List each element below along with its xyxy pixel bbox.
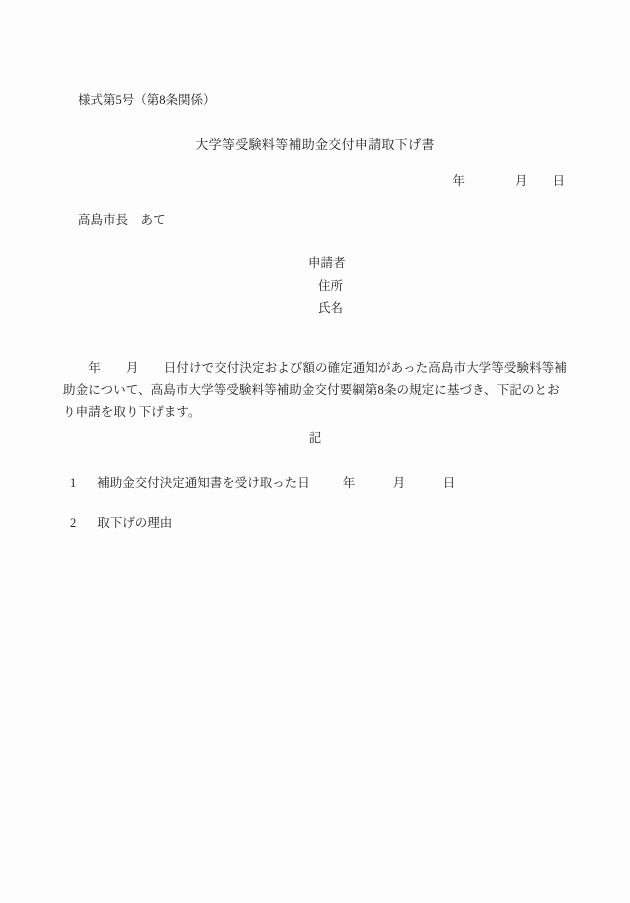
applicant-label: 申請者 [308, 256, 346, 271]
body-line: り申請を取り下げます。 [63, 401, 573, 423]
issue-date-line: 年 月 日 [452, 174, 565, 189]
body-line: 助金について、高島市大学等受験料等補助金交付要綱第8条の規定に基づき、下記のとお [63, 379, 573, 401]
item-label: 補助金交付決定通知書を受け取った日 [97, 476, 310, 490]
item-date-fields: 年 月 日 [343, 476, 456, 490]
body-line: 年 月 日付けで交付決定および額の確定通知があった高島市大学等受験料等補 [63, 357, 573, 379]
item-row: 2取下げの理由 [63, 516, 172, 531]
item-number: 1 [70, 476, 76, 490]
item-row: 1補助金交付決定通知書を受け取った日年 月 日 [63, 476, 455, 491]
item-label: 取下げの理由 [97, 516, 172, 530]
item-number: 2 [70, 516, 76, 530]
form-number: 様式第5号（第8条関係） [78, 93, 216, 108]
body-paragraph: 年 月 日付けで交付決定および額の確定通知があった高島市大学等受験料等補 助金に… [63, 357, 573, 423]
document-title: 大学等受験料等補助金交付申請取下げ書 [0, 137, 630, 152]
section-marker: 記 [0, 431, 630, 446]
applicant-address-label: 住所 [318, 279, 343, 294]
applicant-name-label: 氏名 [318, 301, 343, 316]
addressee: 高島市長 あて [78, 213, 166, 228]
document-page: 様式第5号（第8条関係） 大学等受験料等補助金交付申請取下げ書 年 月 日 高島… [0, 0, 630, 903]
